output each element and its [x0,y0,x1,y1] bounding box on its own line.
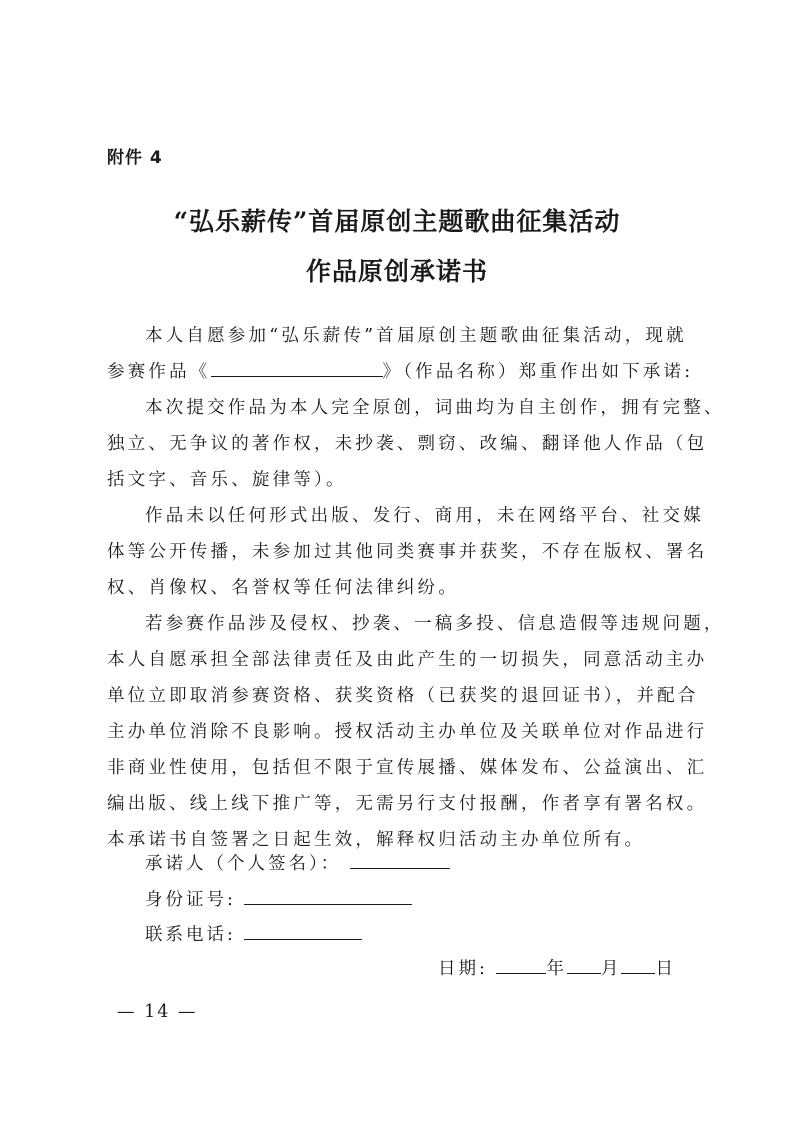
signer-blank[interactable] [350,850,450,869]
signer-row: 承诺人（个人签名）： [145,850,450,875]
id-number-label: 身份证号: [145,890,236,910]
id-number-blank[interactable] [244,886,412,905]
paragraph-4-line-5: 非商业性使用，包括但不限于宣传展播、媒体发布、公益演出、汇 [107,750,707,786]
attachment-label: 附件 4 [107,143,163,168]
phone-row: 联系电话: [145,921,362,946]
paragraph-4-line-2: 本人自愿承担全部法律责任及由此产生的一切损失，同意活动主办 [107,642,707,678]
date-label: 日期: [438,959,488,979]
work-title-suffix: 》（作品名称）郑重作出如下承诺: [383,362,694,382]
paragraph-4-line-1: 若参赛作品涉及侵权、抄袭、一稿多投、信息造假等违规问题， [145,606,725,642]
paragraph-2-line-2: 独立、无争议的著作权，未抄袭、剽窃、改编、翻译他人作品（包 [107,426,707,462]
document-title-line1: “弘乐薪传”首届原创主题歌曲征集活动 [0,202,794,238]
paragraph-4-line-6: 编出版、线上线下推广等，无需另行支付报酬，作者享有署名权。 [107,786,707,822]
phone-blank[interactable] [244,921,362,940]
paragraph-3-line-1: 作品未以任何形式出版、发行、商用，未在网络平台、社交媒 [145,498,704,534]
date-row: 日期: 年月日 [438,955,676,980]
work-title-blank[interactable] [211,358,383,377]
year-label: 年 [546,959,567,979]
paragraph-3-line-2: 体等公开传播，未参加过其他同类赛事并获奖，不存在版权、署名 [107,534,707,570]
work-title-prefix: 参赛作品《 [107,362,211,382]
paragraph-4-line-4: 主办单位消除不良影响。授权活动主办单位及关联单位对作品进行 [107,714,707,750]
paragraph-4-line-3: 单位立即取消参赛资格、获奖资格（已获奖的退回证书），并配合 [107,678,699,714]
paragraph-2-line-3: 括文字、音乐、旋律等）。 [107,462,347,498]
paragraph-2-line-1: 本次提交作品为本人完全原创，词曲均为自主创作，拥有完整、 [145,390,725,426]
day-label: 日 [655,959,676,979]
page-number: — 14 — [117,1002,197,1022]
month-label: 月 [601,959,622,979]
id-number-row: 身份证号: [145,886,412,911]
year-blank[interactable] [496,955,546,974]
paragraph-1-line-1: 本人自愿参加“弘乐薪传”首届原创主题歌曲征集活动，现就 [145,318,687,354]
day-blank[interactable] [621,955,655,974]
document-title-line2: 作品原创承诺书 [0,252,794,288]
phone-label: 联系电话: [145,925,236,945]
month-blank[interactable] [567,955,601,974]
paragraph-1-line-2: 参赛作品《》（作品名称）郑重作出如下承诺: [107,354,693,390]
signer-label: 承诺人（个人签名）： [145,854,341,874]
paragraph-3-line-3: 权、肖像权、名誉权等任何法律纠纷。 [107,570,459,606]
